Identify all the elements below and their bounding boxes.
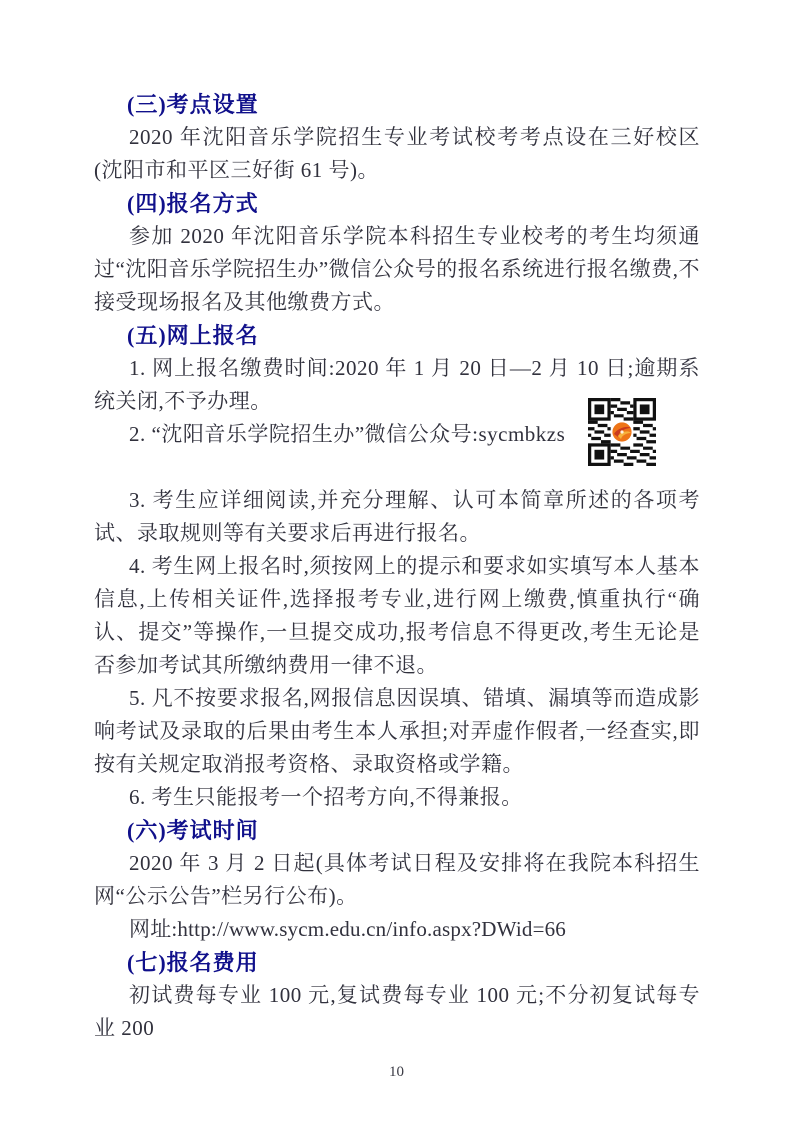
list-item-single-major: 6. 考生只能报考一个招考方向,不得兼报。 <box>94 781 700 814</box>
heading-online-registration: (五)网上报名 <box>94 319 700 352</box>
list-item-wrong-info: 5. 凡不按要求报名,网报信息因误填、错填、漏填等而造成影响考试及录取的后果由考… <box>94 682 700 781</box>
paragraph-exam-time: 2020 年 3 月 2 日起(具体考试日程及安排将在我院本科招生网“公示公告”… <box>94 847 700 913</box>
document-page: (三)考点设置 2020 年沈阳音乐学院招生专业考试校考考点设在三好校区(沈阳市… <box>0 0 793 1122</box>
list-item-fill-info: 4. 考生网上报名时,须按网上的提示和要求如实填写本人基本信息,上传相关证件,选… <box>94 550 700 682</box>
paragraph-registration-method: 参加 2020 年沈阳音乐学院本科招生专业校考的考生均须通过“沈阳音乐学院招生办… <box>94 220 700 319</box>
paragraph-exam-site: 2020 年沈阳音乐学院招生专业考试校考考点设在三好校区(沈阳市和平区三好街 6… <box>94 121 700 187</box>
qr-center-logo <box>611 421 633 443</box>
heading-exam-time: (六)考试时间 <box>94 814 700 847</box>
heading-exam-site: (三)考点设置 <box>94 88 700 121</box>
list-item-read-rules: 3. 考生应详细阅读,并充分理解、认可本简章所述的各项考试、录取规则等有关要求后… <box>94 484 700 550</box>
wechat-qr-code-icon <box>588 398 656 466</box>
heading-registration-method: (四)报名方式 <box>94 187 700 220</box>
paragraph-registration-fee: 初试费每专业 100 元,复试费每专业 100 元;不分初复试每专业 200 <box>94 979 700 1045</box>
page-number: 10 <box>0 1062 793 1082</box>
document-body: (三)考点设置 2020 年沈阳音乐学院招生专业考试校考考点设在三好校区(沈阳市… <box>94 88 700 1045</box>
heading-registration-fee: (七)报名费用 <box>94 946 700 979</box>
website-url-text: 网址:http://www.sycm.edu.cn/info.aspx?DWid… <box>94 913 700 946</box>
